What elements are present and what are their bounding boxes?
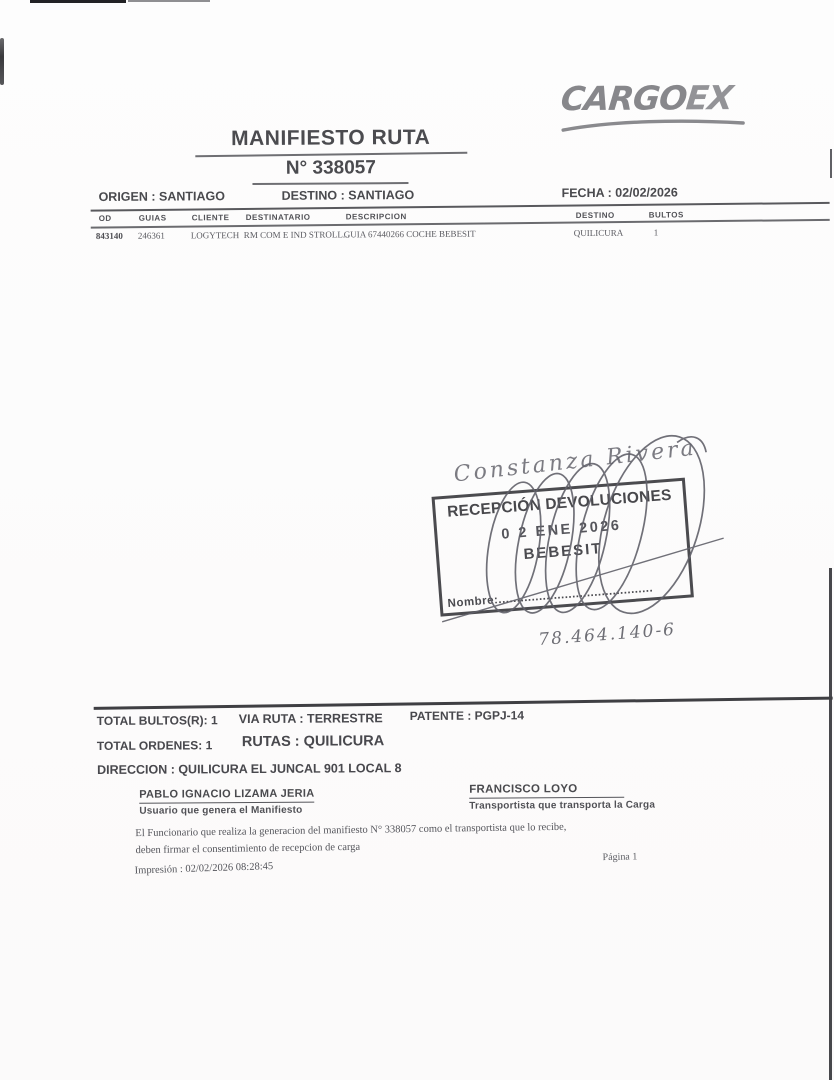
origin-label: ORIGEN : SANTIAGO bbox=[99, 189, 225, 204]
transporter-name: FRANCISCO LOYO bbox=[469, 783, 624, 799]
column-header-guias: GUIAS bbox=[139, 214, 167, 223]
cargoex-logo: CARGOEX bbox=[561, 78, 751, 118]
column-header-destinatario: DESTINATARIO bbox=[246, 213, 311, 222]
column-header-bultos: BULTOS bbox=[649, 210, 684, 219]
column-header-od: OD bbox=[99, 214, 112, 223]
cargoex-logo-text: CARGOEX bbox=[559, 78, 753, 118]
scanned-manifest-page: CARGOEX MANIFIESTO RUTA N° 338057 ORIGEN… bbox=[0, 0, 834, 1080]
column-header-descripcion: DESCRIPCION bbox=[346, 212, 407, 221]
stamp-nombre-dots: ........................................… bbox=[498, 582, 654, 606]
logo-part-cargo: CARGO bbox=[559, 78, 688, 118]
total-bultos: TOTAL BULTOS(R): 1 bbox=[97, 713, 218, 728]
generator-role: Usuario que genera el Manifiesto bbox=[139, 805, 314, 817]
document-content: CARGOEX MANIFIESTO RUTA N° 338057 ORIGEN… bbox=[0, 0, 834, 1080]
cell-destino: QUILICURA bbox=[574, 228, 624, 238]
manifest-number-underline bbox=[252, 182, 408, 185]
stamp-nombre-label: Nombre: bbox=[447, 594, 499, 610]
cell-cliente: LOGYTECH bbox=[191, 230, 240, 240]
rutas: RUTAS : QUILICURA bbox=[242, 733, 384, 750]
totals-top-rule bbox=[94, 697, 833, 710]
handwritten-rut: 78.464.140-6 bbox=[538, 620, 677, 650]
total-ordenes: TOTAL ORDENES: 1 bbox=[97, 738, 212, 753]
transporter-role: Transportista que transporta la Carga bbox=[469, 800, 655, 812]
reception-stamp-area: Constanza Rivera RECEPCIÓN DEVOLUCIONES … bbox=[425, 428, 744, 658]
logo-swoosh-icon bbox=[557, 116, 749, 135]
cell-bultos: 1 bbox=[654, 228, 659, 238]
patente: PATENTE : PGPJ-14 bbox=[410, 708, 524, 723]
date-label: FECHA : 02/02/2026 bbox=[562, 185, 678, 200]
logo-part-ex: EX bbox=[684, 78, 734, 117]
generator-signature-block: PABLO IGNACIO LIZAMA JERIA Usuario que g… bbox=[139, 784, 314, 817]
generator-name: PABLO IGNACIO LIZAMA JERIA bbox=[139, 788, 314, 804]
column-header-cliente: CLIENTE bbox=[192, 213, 230, 222]
destination-label: DESTINO : SANTIAGO bbox=[282, 188, 415, 203]
column-header-destino: DESTINO bbox=[576, 211, 615, 220]
print-timestamp: Impresión : 02/02/2026 08:28:45 bbox=[135, 861, 274, 876]
title-underline bbox=[195, 152, 467, 158]
transporter-signature-block: FRANCISCO LOYO Transportista que transpo… bbox=[469, 779, 655, 812]
cell-descripcion: GUIA 67440266 COCHE BEBESIT bbox=[344, 229, 476, 240]
direccion: DIRECCION : QUILICURA EL JUNCAL 901 LOCA… bbox=[97, 761, 402, 777]
cell-od: 843140 bbox=[96, 231, 123, 241]
reception-stamp: RECEPCIÓN DEVOLUCIONES 0 2 ENE 2026 BEBE… bbox=[432, 478, 694, 617]
page-number: Página 1 bbox=[602, 851, 637, 863]
table-top-rule bbox=[91, 202, 830, 212]
page-title: MANIFIESTO RUTA bbox=[193, 126, 468, 152]
manifest-number: N° 338057 bbox=[248, 157, 413, 180]
cell-destinatario: RM COM E IND STROLL... bbox=[244, 229, 350, 240]
stamp-nombre-line: Nombre:.................................… bbox=[447, 582, 653, 610]
cell-guias: 246361 bbox=[138, 231, 165, 241]
via-ruta: VIA RUTA : TERRESTRE bbox=[239, 711, 383, 726]
